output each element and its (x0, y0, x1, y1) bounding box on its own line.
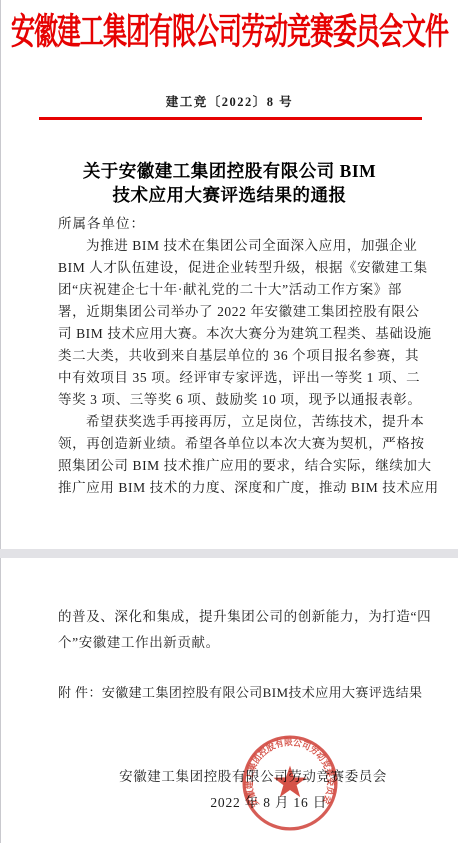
body-line: 团“庆祝建企七十年·献礼党的二十大”活动工作方案》部 (58, 279, 402, 301)
body-line: 个”安徽建工作出新贡献。 (58, 630, 402, 656)
body-page1: 为推进 BIM 技术在集团公司全面深入应用，加强企业 BIM 人才队伍建设，促进… (58, 235, 402, 499)
org-header-text: 安徽建工集团有限公司劳动竞赛委员会文件 (11, 2, 448, 55)
org-header: 安徽建工集团有限公司劳动竞赛委员会文件 (1, 6, 458, 41)
page-2: 的普及、深化和集成，提升集团公司的创新能力，为打造“四 个”安徽建工作出新贡献。… (0, 558, 458, 843)
body-line: 为推进 BIM 技术在集团公司全面深入应用，加强企业 (58, 235, 402, 257)
body-line: 等奖 3 项、三等奖 6 项、鼓励奖 10 项，现予以通报表彰。 (58, 389, 402, 411)
star-icon (273, 766, 306, 797)
doc-number: 建工竞〔2022〕8 号 (1, 92, 458, 110)
body-line: 的普及、深化和集成，提升集团公司的创新能力，为打造“四 (58, 604, 402, 630)
official-seal: 安徽建工集团控股有限公司劳动竞赛委员会 (239, 731, 341, 833)
body-page2: 的普及、深化和集成，提升集团公司的创新能力，为打造“四 个”安徽建工作出新贡献。 (58, 604, 402, 656)
body-line: 领，再创造新业绩。希望各单位以本次大赛为契机，严格按 (58, 433, 402, 455)
doc-title: 关于安徽建工集团控股有限公司 BIM 技术应用大赛评选结果的通报 (1, 159, 458, 207)
body-line: BIM 人才队伍建设，促进企业转型升级，根据《安徽建工集 (58, 257, 402, 279)
body-line: 中有效项目 35 项。经评审专家评选，评出一等奖 1 项、二 (58, 367, 402, 389)
body-line: 希望获奖选手再接再厉，立足岗位，苦练技术，提升本 (58, 411, 402, 433)
doc-title-line2: 技术应用大赛评选结果的通报 (1, 183, 458, 207)
body-line: 司 BIM 技术应用大赛。本次大赛分为建筑工程类、基础设施 (58, 323, 402, 345)
body-line: 推广应用 BIM 技术的力度、深度和广度，推动 BIM 技术应用 (58, 477, 402, 499)
salutation: 所属各单位： (58, 212, 145, 232)
attachment-line: 附 件：安徽建工集团控股有限公司BIM技术应用大赛评选结果 (58, 682, 422, 701)
body-line: 照集团公司 BIM 技术推广应用的要求，结合实际，继续加大 (58, 455, 402, 477)
doc-title-line1: 关于安徽建工集团控股有限公司 BIM (1, 159, 458, 183)
red-divider (39, 117, 422, 120)
page-1: 安徽建工集团有限公司劳动竞赛委员会文件 建工竞〔2022〕8 号 关于安徽建工集… (0, 0, 458, 549)
body-line: 署，近期集团公司举办了 2022 年安徽建工集团控股有限公 (58, 301, 402, 323)
page-divider (0, 549, 458, 558)
body-line: 类二大类，共收到来自基层单位的 36 个项目报名参赛，其 (58, 345, 402, 367)
